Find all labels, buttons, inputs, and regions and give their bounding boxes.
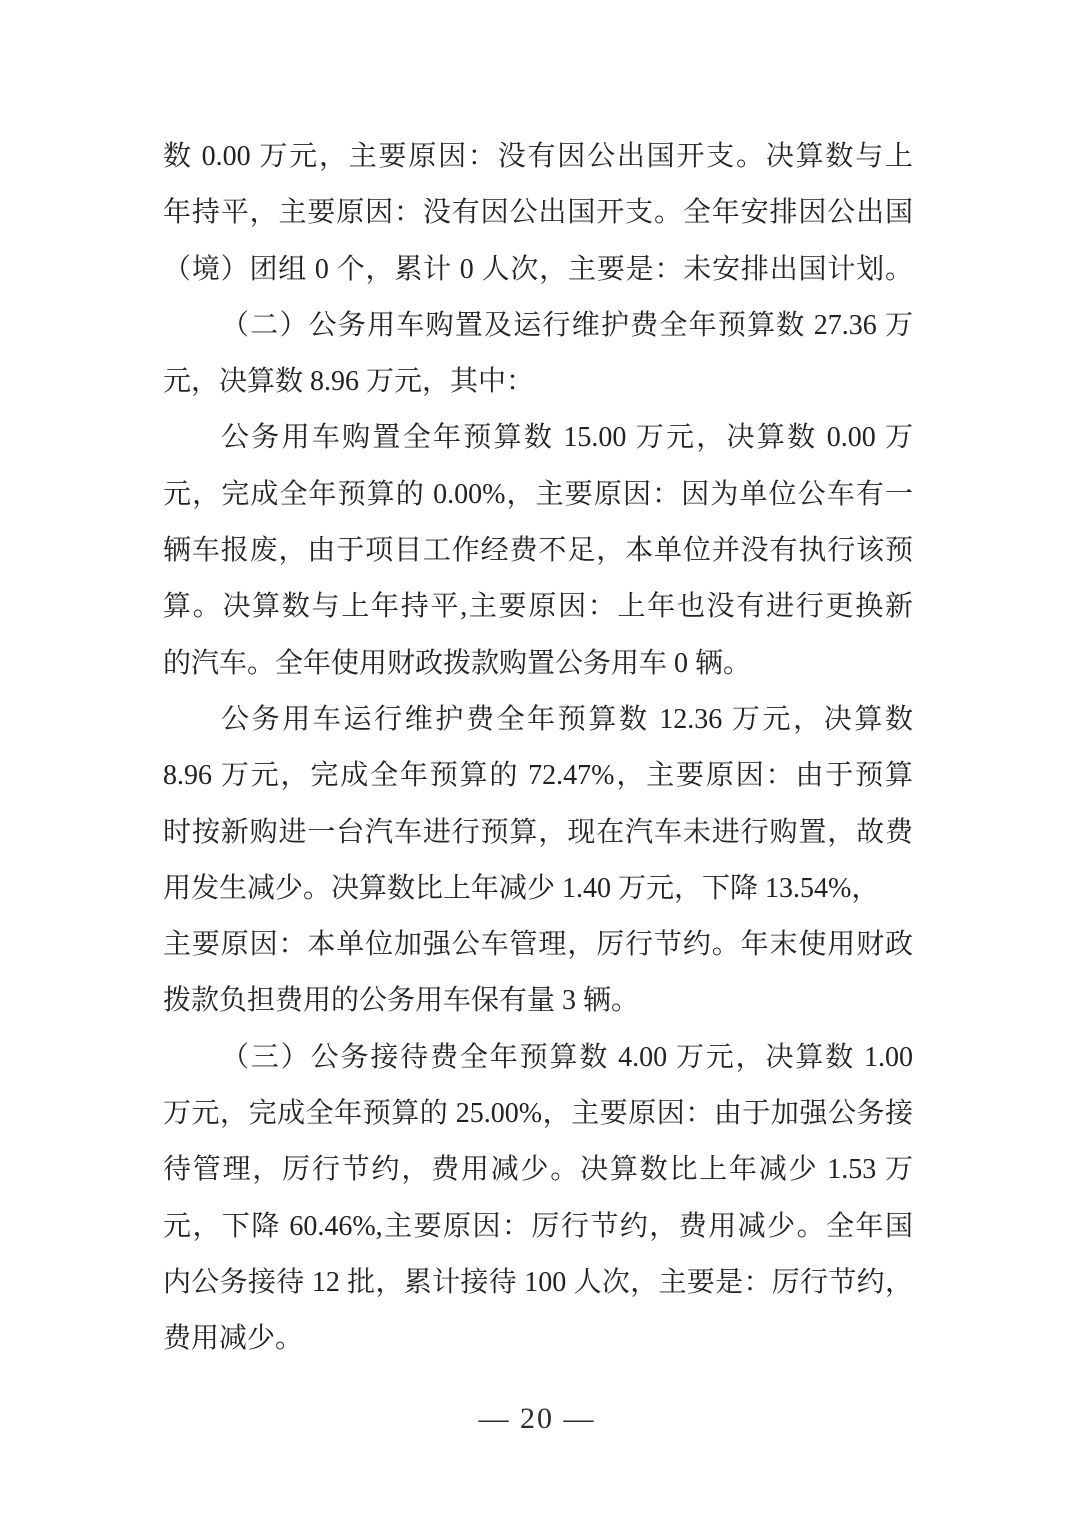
text-line: （二）公务用车购置及运行维护费全年预算数 27.36 万 [163, 298, 913, 354]
text-line: 年持平，主要原因：没有因公出国开支。全年安排因公出国 [163, 185, 913, 241]
text-line: 辆车报废，由于项目工作经费不足，本单位并没有执行该预 [163, 523, 913, 579]
text-line: 公务用车购置全年预算数 15.00 万元，决算数 0.00 万 [163, 410, 913, 466]
document-page: 数 0.00 万元，主要原因：没有因公出国开支。决算数与上年持平，主要原因：没有… [0, 0, 1074, 1520]
text-line: 拨款负担费用的公务用车保有量 3 辆。 [163, 973, 913, 1029]
text-line: 算。决算数与上年持平,主要原因：上年也没有进行更换新 [163, 579, 913, 635]
text-line: 元，决算数 8.96 万元，其中： [163, 354, 913, 410]
document-body: 数 0.00 万元，主要原因：没有因公出国开支。决算数与上年持平，主要原因：没有… [163, 129, 913, 1368]
text-line: 内公务接待 12 批，累计接待 100 人次，主要是：厉行节约， [163, 1255, 913, 1311]
text-line: 万元，完成全年预算的 25.00%，主要原因：由于加强公务接 [163, 1086, 913, 1142]
text-line: 时按新购进一台汽车进行预算，现在汽车未进行购置，故费 [163, 805, 913, 861]
text-line: 费用减少。 [163, 1311, 913, 1367]
page-footer: — 20 — [0, 1402, 1074, 1436]
text-line: 8.96 万元，完成全年预算的 72.47%，主要原因：由于预算 [163, 748, 913, 804]
text-line: 公务用车运行维护费全年预算数 12.36 万元，决算数 [163, 692, 913, 748]
text-line: （境）团组 0 个，累计 0 人次，主要是：未安排出国计划。 [163, 242, 913, 298]
text-line: （三）公务接待费全年预算数 4.00 万元，决算数 1.00 [163, 1030, 913, 1086]
text-line: 元，下降 60.46%,主要原因：厉行节约，费用减少。全年国 [163, 1199, 913, 1255]
text-line: 待管理，厉行节约，费用减少。决算数比上年减少 1.53 万 [163, 1142, 913, 1198]
text-line: 的汽车。全年使用财政拨款购置公务用车 0 辆。 [163, 636, 913, 692]
text-line: 用发生减少。决算数比上年减少 1.40 万元，下降 13.54%， [163, 861, 913, 917]
page-number: — 20 — [479, 1402, 596, 1435]
text-line: 主要原因：本单位加强公车管理，厉行节约。年末使用财政 [163, 917, 913, 973]
text-line: 元，完成全年预算的 0.00%，主要原因：因为单位公车有一 [163, 467, 913, 523]
text-line: 数 0.00 万元，主要原因：没有因公出国开支。决算数与上 [163, 129, 913, 185]
